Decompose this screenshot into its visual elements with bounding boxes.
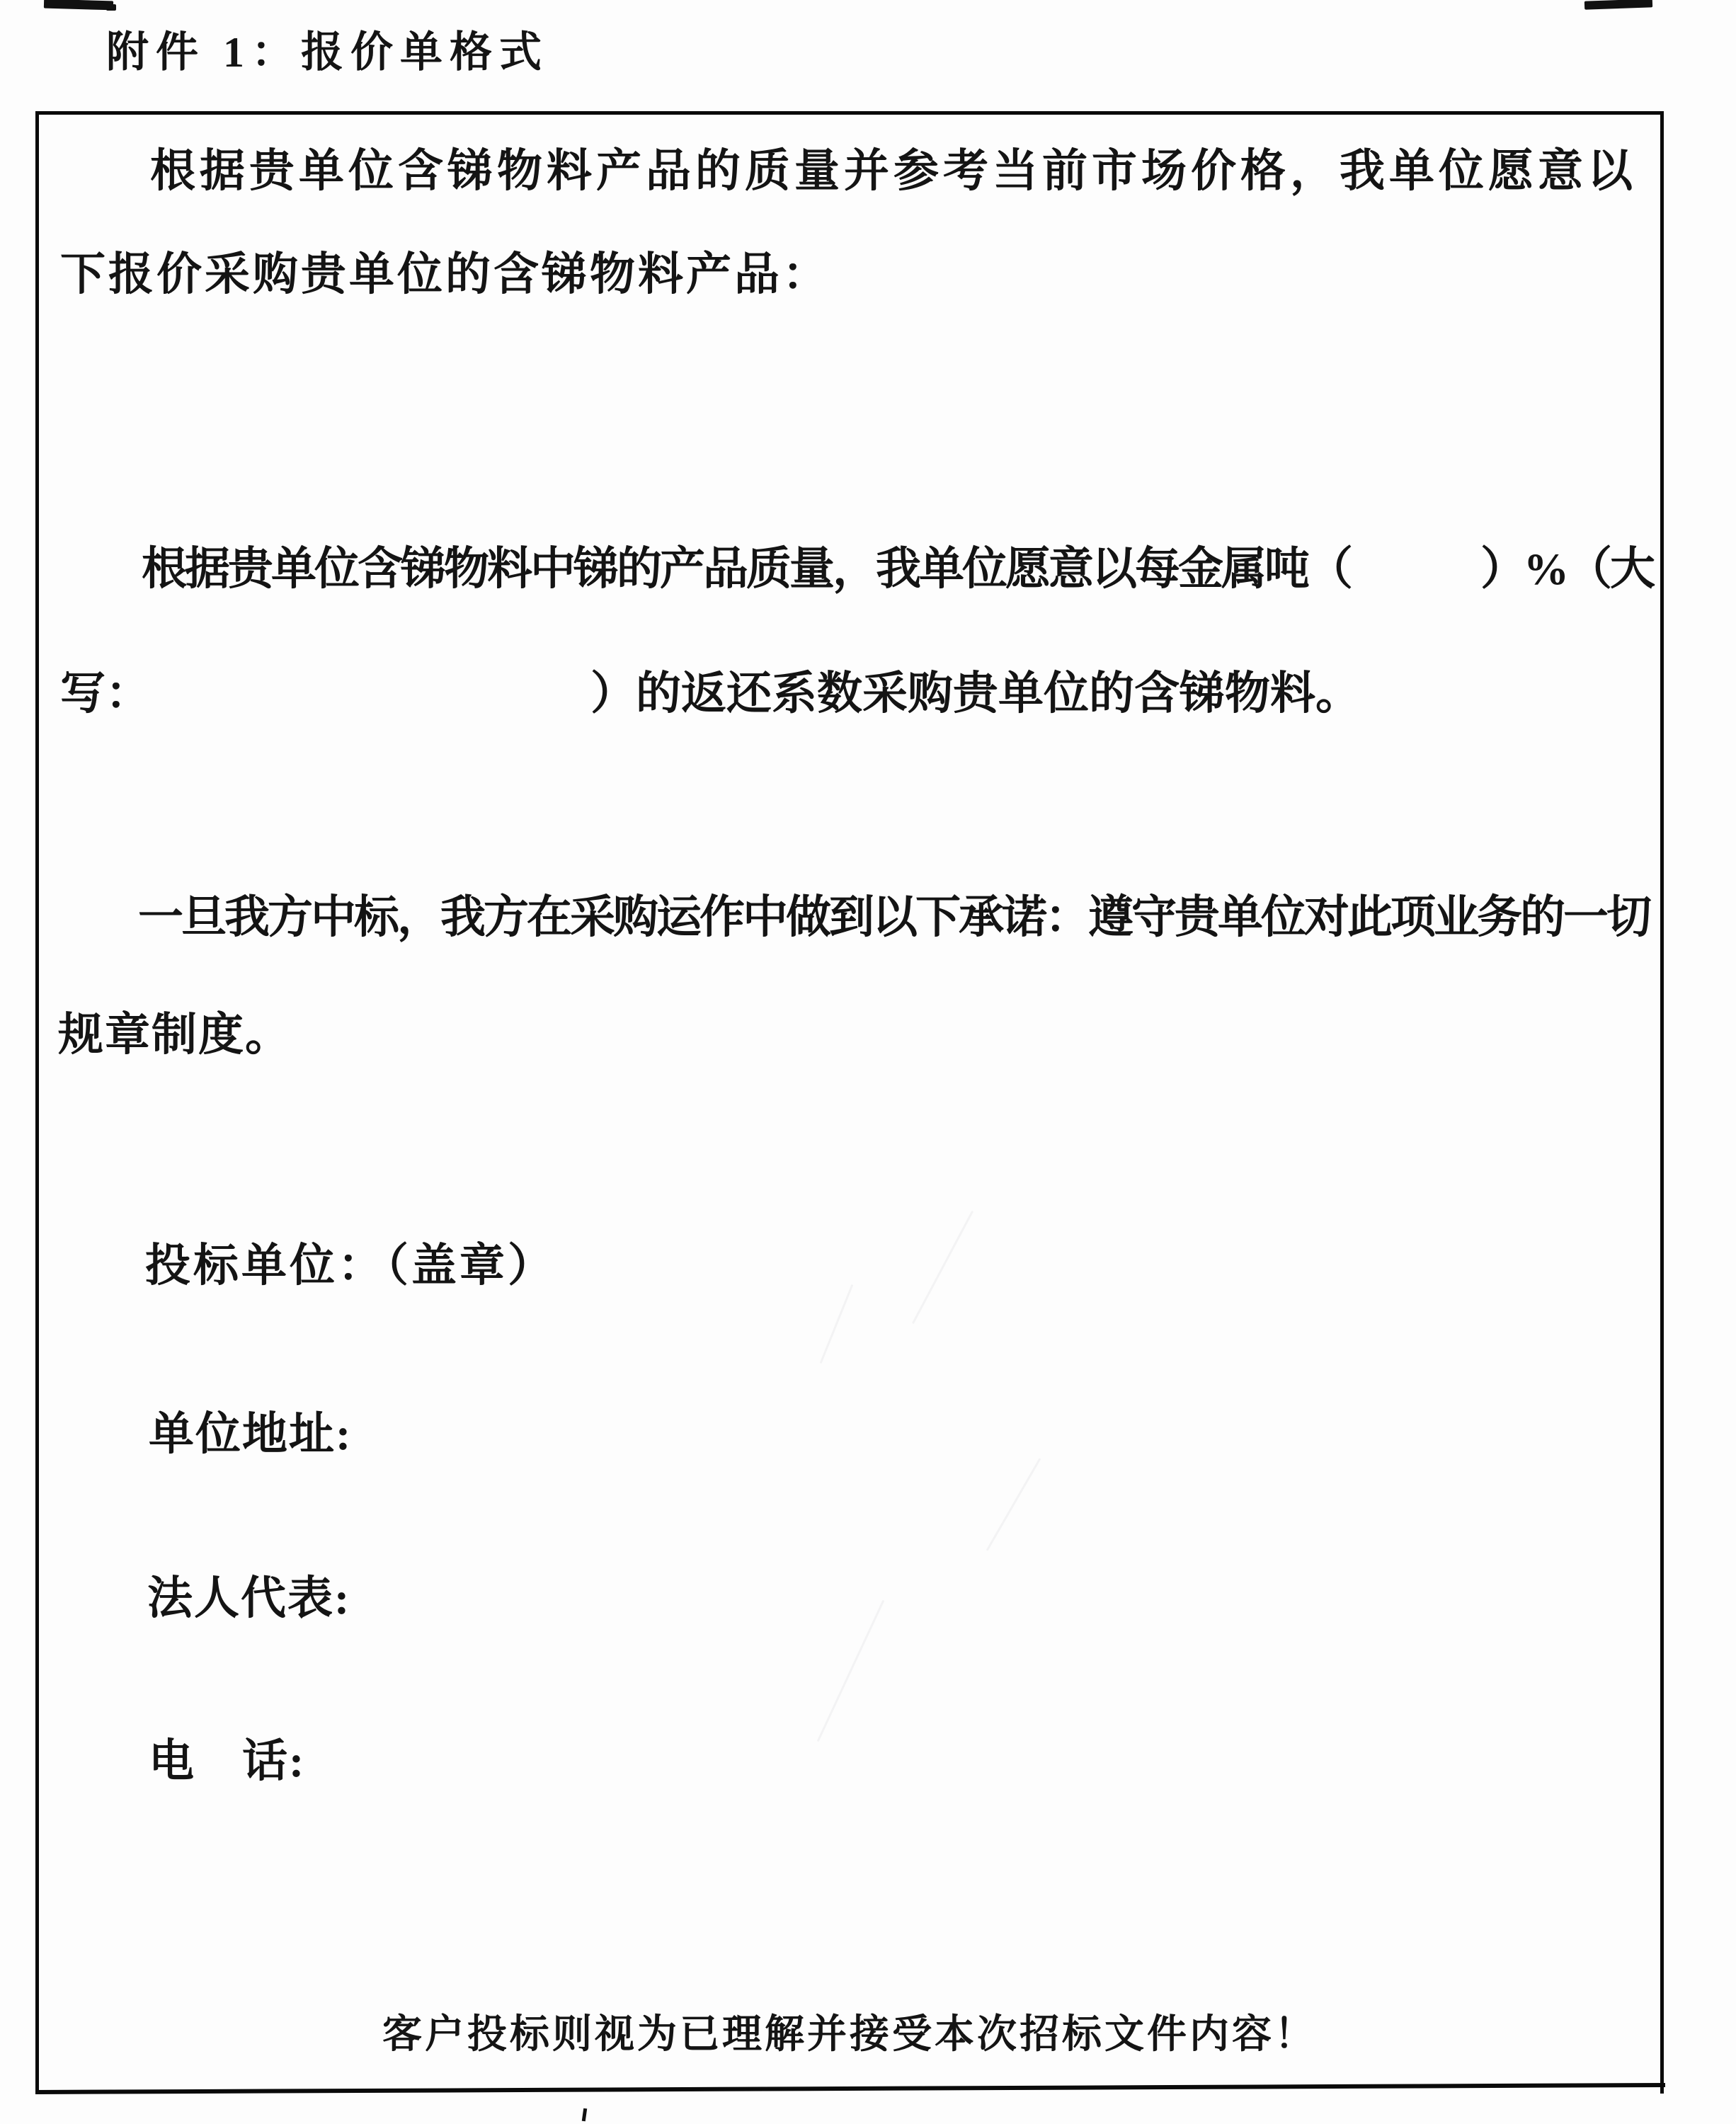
paragraph1-line1: 根据贵单位含锑物料产品的质量并参考当前市场价格，我单位愿意以 xyxy=(150,149,1637,194)
paragraph2-line2-prefix: 写： xyxy=(60,671,151,716)
scan-speck-bottom xyxy=(582,2108,587,2122)
footer-note: 客户投标则视为已理解并接受本次招标文件内容！ xyxy=(382,2013,1317,2057)
paragraph2-line2-rest: ）的返还系数采购贵单位的含锑物料。 xyxy=(590,671,1361,716)
legal-representative-label: 法人代表: xyxy=(147,1576,350,1621)
attachment-title: 附件 1：报价单格式 xyxy=(106,31,549,74)
paragraph3-line1: 一旦我方中标，我方在采购运作中做到以下承诺：遵守贵单位对此项业务的一切 xyxy=(138,895,1650,940)
paragraph1-line2: 下报价采购贵单位的含锑物料产品： xyxy=(60,252,830,297)
scan-artifact-top-left xyxy=(44,0,113,10)
footer-note-row: 客户投标则视为已理解并接受本次招标文件内容！ xyxy=(35,2015,1664,2055)
form-border-box xyxy=(35,111,1664,2094)
scan-artifact-top-left-tail xyxy=(106,4,116,11)
unit-address-label: 单位地址: xyxy=(149,1412,352,1457)
scanned-quotation-form-page: 附件 1：报价单格式 根据贵单位含锑物料产品的质量并参考当前市场价格，我单位愿意… xyxy=(0,0,1736,2124)
paragraph2-line1: 根据贵单位含锑物料中锑的产品质量，我单位愿意以每金属吨（ ）%（大 xyxy=(142,547,1653,592)
phone-label: 电 话: xyxy=(149,1739,305,1784)
scan-artifact-top-right xyxy=(1584,0,1652,10)
paragraph3-line2: 规章制度。 xyxy=(58,1012,292,1058)
bidder-unit-label: 投标单位：（盖章） xyxy=(145,1243,556,1289)
